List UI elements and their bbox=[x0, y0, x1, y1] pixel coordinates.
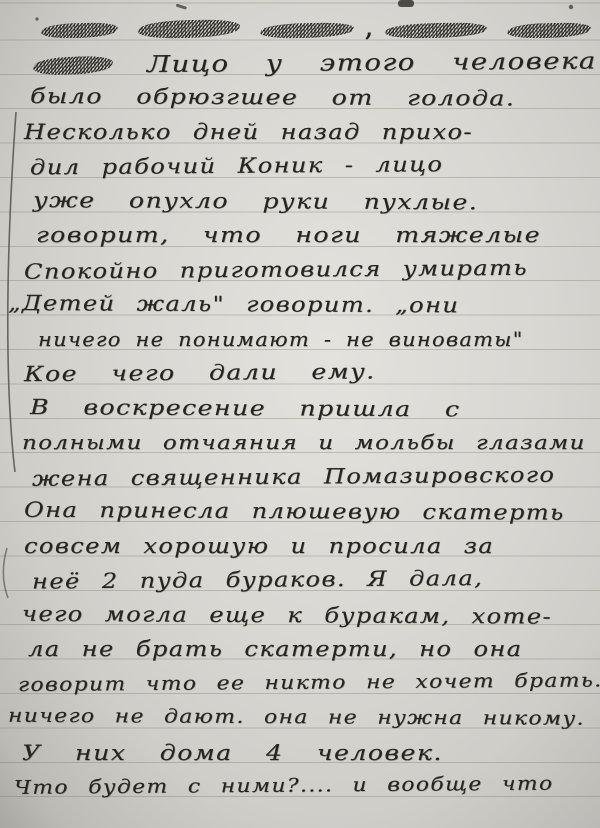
line-text: полными отчаяния и мольбы глазами bbox=[22, 430, 586, 454]
line-text: Что будет с ними?.... и вообще что bbox=[14, 773, 554, 799]
handwritten-line: Она принесла плюшевую скатерть bbox=[24, 498, 494, 524]
handwritten-line: неё 2 пуда бураков. Я дала, bbox=[32, 566, 424, 593]
handwritten-line: „Детей жаль" говорит. „они bbox=[8, 291, 401, 317]
line-text: говорит, что ноги тяжелые bbox=[36, 223, 541, 247]
line-text: В воскресение пришла с bbox=[30, 395, 461, 421]
line-text: совсем хорошую и просила за bbox=[24, 534, 494, 558]
handwritten-line: жена священника Помазировского bbox=[32, 463, 487, 491]
handwritten-line: говорит, что ноги тяжелые bbox=[36, 223, 457, 247]
struck-scribble bbox=[506, 22, 593, 39]
struck-scribble bbox=[136, 19, 242, 39]
line-text: жена священника Помазировского bbox=[32, 463, 555, 491]
handwritten-line: У них дома 4 человек. bbox=[22, 741, 373, 765]
handwritten-line: Несколько дней назад прихо- bbox=[24, 120, 414, 144]
handwritten-line: ничего не понимают - не виноваты" bbox=[38, 327, 500, 351]
line-text: ничего не понимают - не виноваты" bbox=[38, 327, 524, 351]
line-text: было обрюзгшее от голода. bbox=[30, 84, 515, 111]
handwritten-line: Что будет с ними?.... и вообще что bbox=[14, 773, 483, 799]
handwritten-line: уже опухло руки пухлые. bbox=[33, 188, 404, 214]
handwritten-line: Лицо у этого человека bbox=[34, 49, 522, 79]
line-text: У них дома 4 человек. bbox=[22, 741, 443, 765]
handwritten-line: говорит что ее никто не хочет брать. bbox=[18, 670, 526, 696]
scanned-diary-page: , Лицо у этого человека было обрюзгшее о… bbox=[0, 0, 600, 828]
line-text: неё 2 пуда бураков. Я дала, bbox=[32, 566, 483, 594]
handwritten-line: совсем хорошую и просила за bbox=[24, 534, 433, 558]
ink-smudge bbox=[176, 4, 187, 10]
ink-smudge bbox=[569, 5, 573, 9]
line-text: уже опухло руки пухлые. bbox=[33, 188, 478, 214]
handwritten-line: ничего не дают. она не нужна никому. bbox=[8, 705, 510, 730]
struck-scribble bbox=[39, 22, 119, 39]
struck-scribble bbox=[259, 22, 356, 39]
line-text: ла не брать скатерти, но она bbox=[28, 637, 522, 661]
line-text: Кое чего дали ему. bbox=[24, 359, 376, 386]
line-text: говорит что ее никто не хочет брать. bbox=[18, 669, 600, 696]
struck-scribble bbox=[383, 22, 488, 39]
line-text: Спокойно приготовился умирать bbox=[24, 256, 528, 284]
handwritten-line: дил рабочий Коник - лицо bbox=[30, 153, 390, 180]
line-text: чего могла еще к буракам, хоте- bbox=[22, 602, 552, 629]
line-text: Лицо у этого человека bbox=[147, 48, 597, 78]
handwritten-line: чего могла еще к буракам, хоте- bbox=[22, 602, 483, 628]
page-edge-arc-mark bbox=[3, 548, 8, 598]
struck-scribble bbox=[31, 55, 115, 75]
handwritten-line: полными отчаяния и мольбы глазами bbox=[22, 430, 512, 454]
ink-smudge bbox=[398, 0, 414, 7]
handwritten-line: было обрюзгшее от голода. bbox=[30, 84, 434, 110]
line-text: Она принесла плюшевую скатерть bbox=[24, 498, 565, 525]
ink-smudge bbox=[35, 17, 38, 20]
handwritten-line: ла не брать скатерти, но она bbox=[28, 637, 458, 661]
handwritten-line: Кое чего дали ему. bbox=[24, 360, 317, 386]
line-text: „Детей жаль" говорит. „они bbox=[8, 291, 459, 317]
handwritten-line: Спокойно приготовился умирать bbox=[24, 256, 462, 283]
handwritten-line: В воскресение пришла с bbox=[30, 395, 389, 421]
line-text: дил рабочий Коник - лицо bbox=[30, 152, 443, 179]
line-text: , bbox=[365, 16, 373, 42]
line-text: Несколько дней назад прихо- bbox=[24, 120, 473, 144]
handwritten-line-struck: , bbox=[42, 16, 600, 42]
line-text: ничего не дают. она не нужна никому. bbox=[8, 705, 585, 730]
